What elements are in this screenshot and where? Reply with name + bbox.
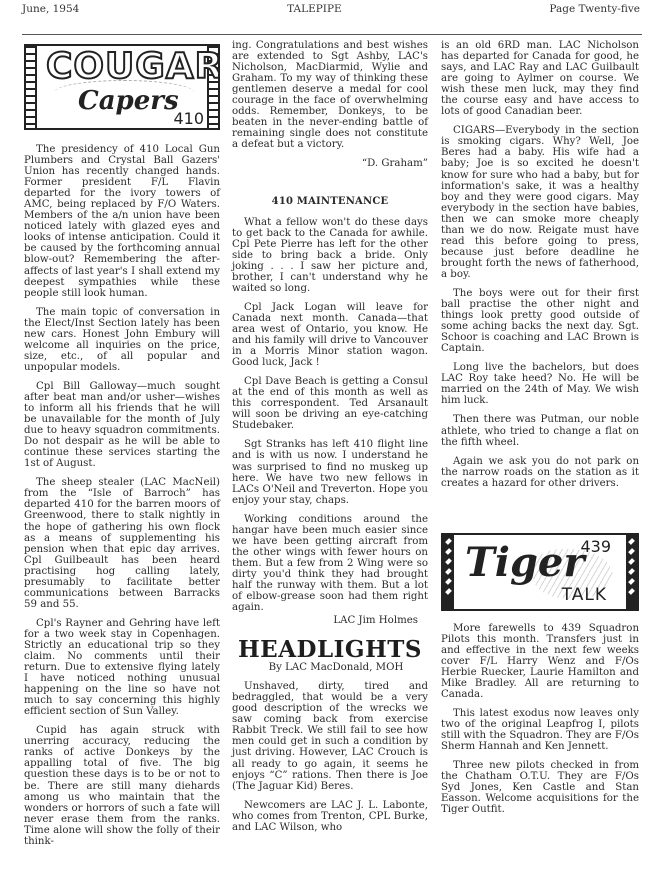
article-paragraph: Cpl Jack Logan will leave for Canada nex… xyxy=(232,302,428,368)
issue-date: June, 1954 xyxy=(22,3,79,15)
tiger-talk-banner: Tiger 439 TALK xyxy=(441,533,639,611)
article-paragraph: Unshaved, dirty, tired and bedraggled, t… xyxy=(232,681,428,791)
running-header: June, 1954 TALEPIPE Page Twenty-five xyxy=(22,3,640,19)
author-signature: “D. Graham” xyxy=(232,158,428,169)
page-number: Page Twenty-five xyxy=(549,3,640,15)
cougar-capers-banner: COUGAR Capers 410 xyxy=(24,44,220,130)
section-heading-headlights: HEADLIGHTS xyxy=(232,638,428,662)
cougar-banner-subtitle: Capers xyxy=(78,86,179,116)
column-1: COUGAR Capers 410 The presidency of 410 … xyxy=(24,40,220,855)
article-paragraph: Cupid has again struck with unerring acc… xyxy=(24,725,220,847)
article-paragraph: The sheep stealer (LAC MacNeil) from the… xyxy=(24,477,220,610)
article-paragraph: The boys were out for their first ball p… xyxy=(441,288,639,354)
article-paragraph: The main topic of conversation in the El… xyxy=(24,307,220,373)
article-paragraph: Cpl Bill Galloway—much sought after beat… xyxy=(24,381,220,469)
article-paragraph: Sgt Stranks has left 410 flight line and… xyxy=(232,439,428,505)
cougar-banner-squadron: 410 xyxy=(173,113,204,124)
article-paragraph: Newcomers are LAC J. L. Labonte, who com… xyxy=(232,800,428,833)
article-paragraph: Again we ask you do not park on the narr… xyxy=(441,456,639,489)
publication-title: TALEPIPE xyxy=(287,3,342,15)
tiger-banner-title: Tiger xyxy=(465,541,584,585)
banner-border-left xyxy=(26,46,37,128)
article-paragraph: Then there was Putman, our noble athlete… xyxy=(441,414,639,447)
article-continuation: ing. Congratulations and best wishes are… xyxy=(232,40,428,150)
article-paragraph: Three new pilots checked in from the Cha… xyxy=(441,760,639,815)
tiger-banner-subtitle: TALK xyxy=(562,590,607,601)
article-continuation: is an old 6RD man. LAC Nicholson has dep… xyxy=(441,40,639,117)
header-rule xyxy=(22,34,642,35)
article-paragraph: Cpl's Rayner and Gehring have left for a… xyxy=(24,618,220,717)
cougar-banner-title: COUGAR xyxy=(46,48,220,86)
article-paragraph: The presidency of 410 Local Gun Plumbers… xyxy=(24,144,220,299)
byline: By LAC MacDonald, MOH xyxy=(232,662,428,673)
article-paragraph: Cpl Dave Beach is getting a Consul at th… xyxy=(232,376,428,431)
article-paragraph: More farewells to 439 Squadron Pilots th… xyxy=(441,623,639,700)
section-heading-410-maintenance: 410 MAINTENANCE xyxy=(232,196,428,207)
article-paragraph: What a fellow won't do these days to get… xyxy=(232,217,428,294)
article-paragraph: This latest exodus now leaves only two o… xyxy=(441,708,639,752)
banner-border-right xyxy=(626,535,637,609)
article-paragraph: CIGARS—Everybody in the section is smoki… xyxy=(441,125,639,280)
article-paragraph: Long live the bachelors, but does LAC Ro… xyxy=(441,362,639,406)
author-signature: LAC Jim Holmes xyxy=(232,615,428,626)
tiger-banner-squadron: 439 xyxy=(580,541,611,552)
column-3: is an old 6RD man. LAC Nicholson has dep… xyxy=(441,40,639,823)
article-paragraph: Working conditions around the hangar hav… xyxy=(232,514,428,613)
column-2: ing. Congratulations and best wishes are… xyxy=(232,40,428,841)
banner-border-left xyxy=(443,535,454,609)
